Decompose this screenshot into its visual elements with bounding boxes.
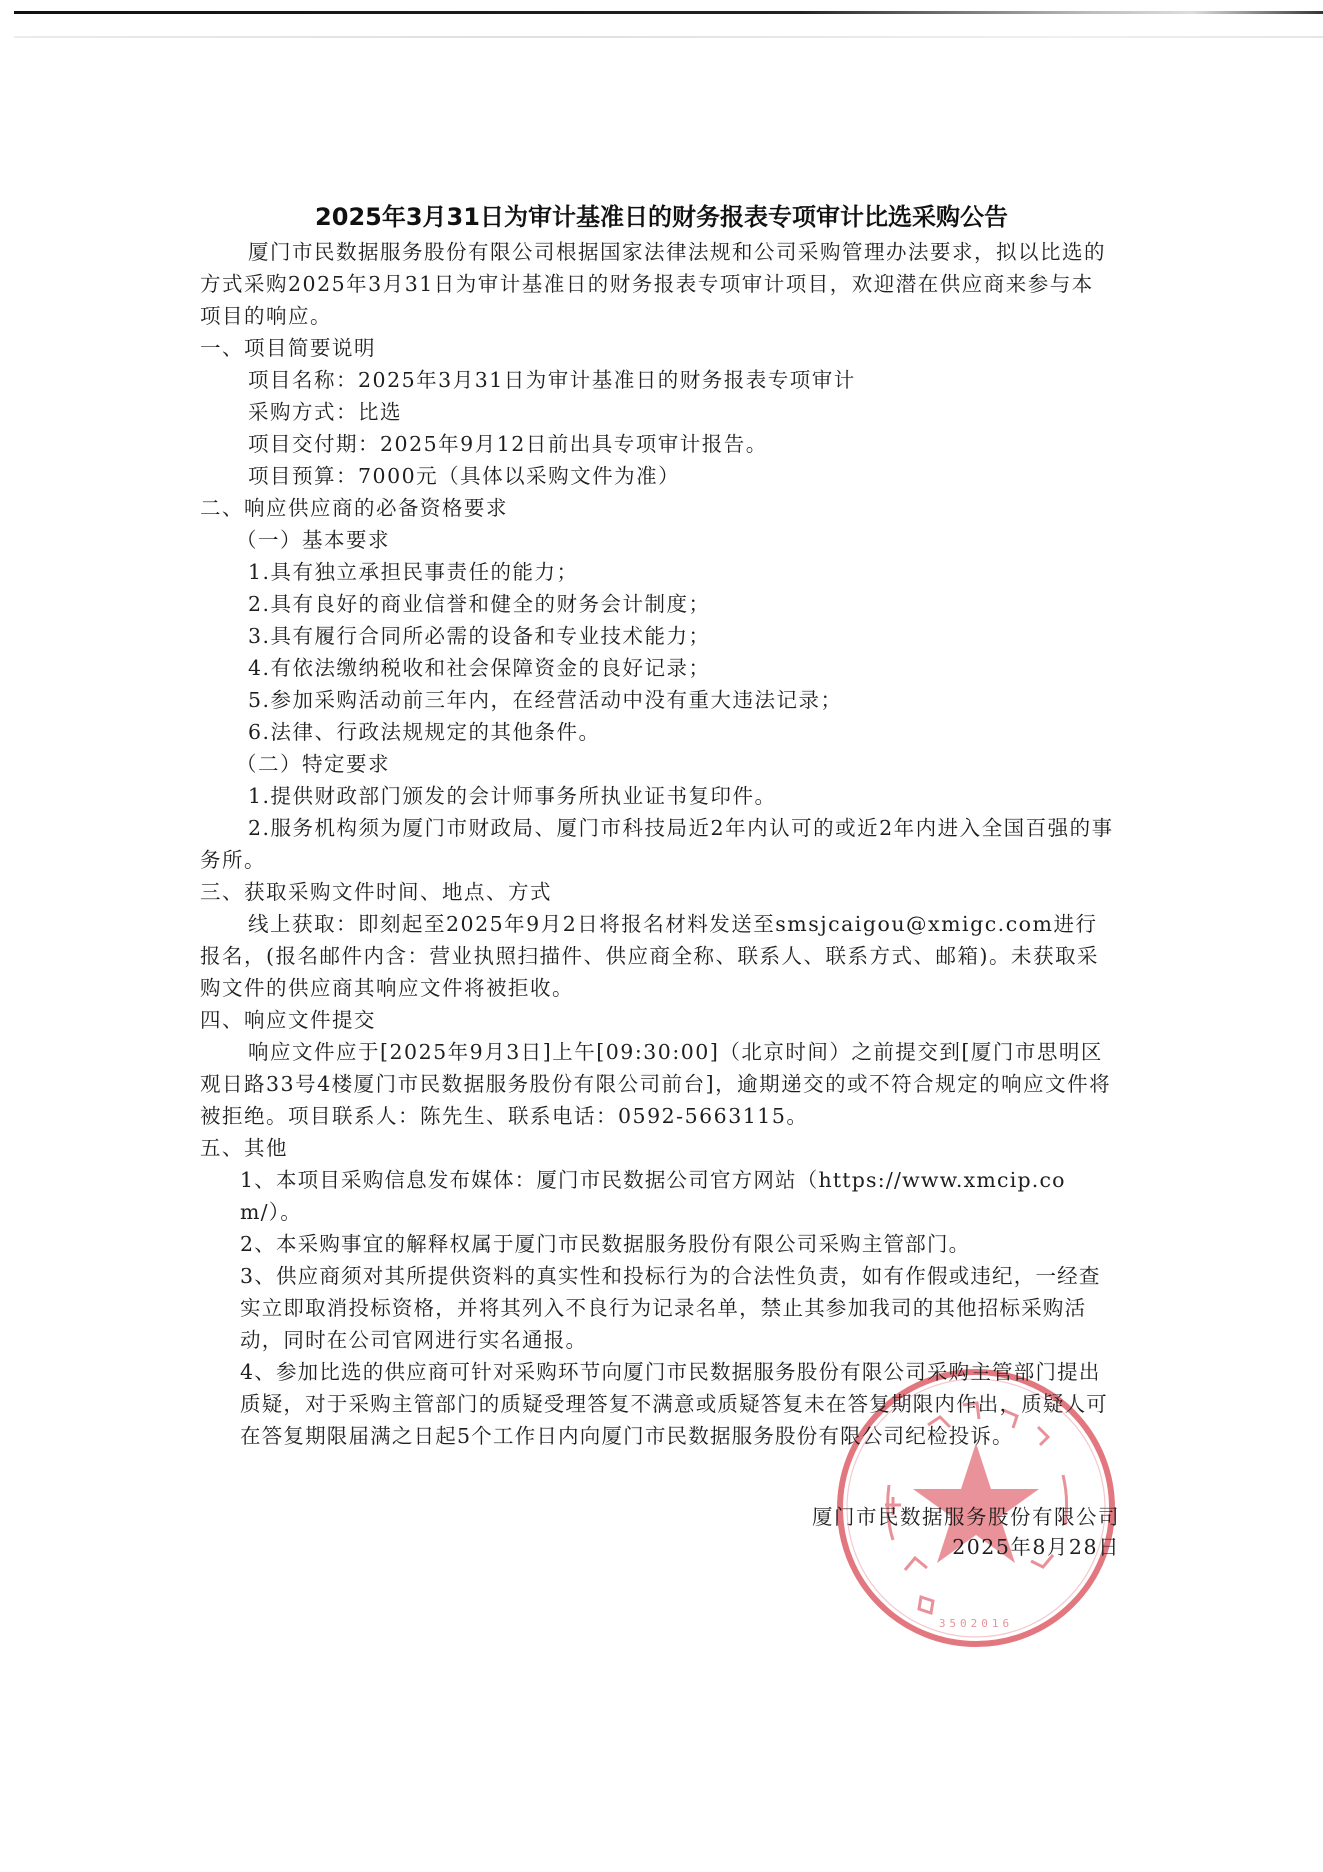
- announcement-page: 2025年3月31日为审计基准日的财务报表专项审计比选采购公告 厦门市民数据服务…: [200, 200, 1115, 1452]
- obtain-documents-paragraph: 线上获取：即刻起至2025年9月2日将报名材料发送至smsjcaigou@xmi…: [200, 908, 1115, 1004]
- requirement-item: 2.具有良好的商业信誉和健全的财务会计制度；: [248, 588, 1115, 620]
- other-item: 3、供应商须对其所提供资料的真实性和投标行为的合法性负责，如有作假或违纪，一经查…: [240, 1260, 1115, 1356]
- section-qualifications: 二、响应供应商的必备资格要求 （一）基本要求 1.具有独立承担民事责任的能力； …: [200, 492, 1115, 876]
- delivery-period: 项目交付期：2025年9月12日前出具专项审计报告。: [248, 428, 1115, 460]
- scan-edge-line: [14, 11, 1323, 14]
- other-item: 2、本采购事宜的解释权属于厦门市民数据服务股份有限公司采购主管部门。: [240, 1228, 1115, 1260]
- submission-paragraph: 响应文件应于[2025年9月3日]上午[09:30:00]（北京时间）之前提交到…: [200, 1036, 1115, 1132]
- svg-text:3502016: 3502016: [939, 1617, 1013, 1630]
- section-submission: 四、响应文件提交 响应文件应于[2025年9月3日]上午[09:30:00]（北…: [200, 1004, 1115, 1132]
- intro-paragraph: 厦门市民数据服务股份有限公司根据国家法律法规和公司采购管理办法要求，拟以比选的方…: [200, 236, 1115, 332]
- scan-fold-line: [14, 36, 1323, 38]
- procurement-method: 采购方式：比选: [248, 396, 1115, 428]
- signature-block: 厦门市民数据服务股份有限公司 2025年8月28日: [812, 1502, 1120, 1562]
- requirement-item: 6.法律、行政法规规定的其他条件。: [248, 716, 1115, 748]
- subsection-heading-basic: （一）基本要求: [236, 524, 1115, 556]
- requirement-item: 1.提供财政部门颁发的会计师事务所执业证书复印件。: [200, 780, 1115, 812]
- other-item: 1、本项目采购信息发布媒体：厦门市民数据公司官方网站（https://www.x…: [240, 1164, 1115, 1228]
- section-heading: 一、项目简要说明: [200, 332, 1115, 364]
- other-item: 4、参加比选的供应商可针对采购环节向厦门市民数据服务股份有限公司采购主管部门提出…: [240, 1356, 1115, 1452]
- section-heading: 二、响应供应商的必备资格要求: [200, 492, 1115, 524]
- project-budget: 项目预算：7000元（具体以采购文件为准）: [248, 460, 1115, 492]
- section-other: 五、其他 1、本项目采购信息发布媒体：厦门市民数据公司官方网站（https://…: [200, 1132, 1115, 1452]
- requirement-item: 5.参加采购活动前三年内，在经营活动中没有重大违法记录；: [248, 684, 1115, 716]
- section-heading: 五、其他: [200, 1132, 1115, 1164]
- requirement-item: 1.具有独立承担民事责任的能力；: [248, 556, 1115, 588]
- document-title: 2025年3月31日为审计基准日的财务报表专项审计比选采购公告: [200, 200, 1115, 236]
- section-heading: 四、响应文件提交: [200, 1004, 1115, 1036]
- section-obtain-documents: 三、获取采购文件时间、地点、方式 线上获取：即刻起至2025年9月2日将报名材料…: [200, 876, 1115, 1004]
- subsection-heading-specific: （二）特定要求: [236, 748, 1115, 780]
- signature-date: 2025年8月28日: [812, 1532, 1120, 1562]
- signature-company: 厦门市民数据服务股份有限公司: [812, 1502, 1120, 1532]
- project-name: 项目名称：2025年3月31日为审计基准日的财务报表专项审计: [248, 364, 1115, 396]
- requirement-item: 2.服务机构须为厦门市财政局、厦门市科技局近2年内认可的或近2年内进入全国百强的…: [200, 812, 1115, 876]
- section-heading: 三、获取采购文件时间、地点、方式: [200, 876, 1115, 908]
- requirement-item: 3.具有履行合同所必需的设备和专业技术能力；: [248, 620, 1115, 652]
- section-project-overview: 一、项目简要说明 项目名称：2025年3月31日为审计基准日的财务报表专项审计 …: [200, 332, 1115, 492]
- requirement-item: 4.有依法缴纳税收和社会保障资金的良好记录；: [248, 652, 1115, 684]
